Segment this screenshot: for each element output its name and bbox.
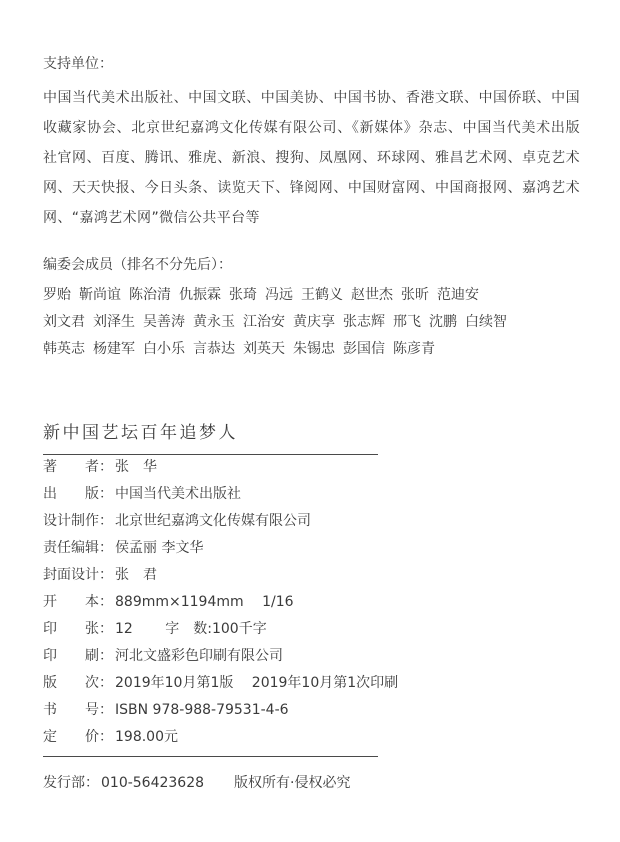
- supporters-heading: 支持单位：: [43, 55, 113, 73]
- book-title-block: 新中国艺坛百年追梦人: [43, 422, 378, 455]
- detail-label: 版 次：: [43, 670, 113, 697]
- copyright-page: 支持单位： 中国当代美术出版社、中国文联、中国美协、中国书协、香港文联、中国侨联…: [0, 0, 620, 842]
- detail-row-design-production: 设计制作： 北京世纪嘉鸿文化传媒有限公司: [43, 508, 580, 535]
- committee-member: 冯远: [265, 282, 293, 309]
- detail-row-printer: 印 刷： 河北文盛彩色印刷有限公司: [43, 643, 580, 670]
- committee-member: 刘泽生: [93, 309, 135, 336]
- committee-member: 黄永玉: [193, 309, 235, 336]
- footer-divider: [43, 756, 378, 757]
- committee-member: 范迪安: [437, 282, 479, 309]
- committee-member: 张志辉: [343, 309, 385, 336]
- detail-label: 印 张：: [43, 616, 113, 643]
- book-title: 新中国艺坛百年追梦人: [43, 422, 378, 444]
- detail-value: 北京世纪嘉鸿文化传媒有限公司: [115, 508, 311, 535]
- distribution-dept-label: 发行部：: [43, 775, 99, 791]
- detail-row-editor: 责任编辑： 侯孟丽 李文华: [43, 535, 580, 562]
- supporters-body: 中国当代美术出版社、中国文联、中国美协、中国书协、香港文联、中国侨联、中国收藏家…: [43, 83, 580, 233]
- detail-value: 2019年10月第1版 2019年10月第1次印刷: [115, 670, 398, 697]
- committee-member: 朱锡忠: [293, 336, 335, 363]
- detail-label: 设计制作：: [43, 508, 113, 535]
- committee-member: 沈鹏: [429, 309, 457, 336]
- committee-member: 张昕: [401, 282, 429, 309]
- committee-member: 黄庆享: [293, 309, 335, 336]
- committee-member: 邢飞: [393, 309, 421, 336]
- committee-member: 靳尚谊: [79, 282, 121, 309]
- committee-row: 韩英志杨建军白小乐言恭达刘英天朱锡忠彭国信陈彦青: [43, 336, 580, 363]
- detail-label: 封面设计：: [43, 562, 113, 589]
- detail-value: 12 字 数:100千字: [115, 616, 267, 643]
- detail-value: 侯孟丽 李文华: [115, 535, 203, 562]
- committee-member: 江治安: [243, 309, 285, 336]
- footer-line: 发行部：010-56423628版权所有·侵权必究: [43, 770, 350, 797]
- detail-value: 张 君: [115, 562, 157, 589]
- detail-label: 著 者：: [43, 454, 113, 481]
- detail-value: 张 华: [115, 454, 157, 481]
- detail-label: 出 版：: [43, 481, 113, 508]
- committee-member: 赵世杰: [351, 282, 393, 309]
- detail-label: 定 价：: [43, 724, 113, 751]
- committee-member: 陈彦青: [393, 336, 435, 363]
- committee-member: 白续智: [465, 309, 507, 336]
- detail-value: 中国当代美术出版社: [115, 481, 241, 508]
- detail-row-format: 开 本： 889mm×1194mm 1/16: [43, 589, 580, 616]
- detail-row-edition: 版 次： 2019年10月第1版 2019年10月第1次印刷: [43, 670, 580, 697]
- distribution-phone: 010-56423628: [101, 775, 204, 791]
- committee-member: 刘文君: [43, 309, 85, 336]
- detail-row-cover-design: 封面设计： 张 君: [43, 562, 580, 589]
- detail-label: 责任编辑：: [43, 535, 113, 562]
- detail-label: 书 号：: [43, 697, 113, 724]
- publication-details: 著 者： 张 华 出 版： 中国当代美术出版社 设计制作： 北京世纪嘉鸿文化传媒…: [43, 454, 580, 751]
- committee-member: 吴善涛: [143, 309, 185, 336]
- detail-value: 河北文盛彩色印刷有限公司: [115, 643, 283, 670]
- committee-row: 罗贻靳尚谊陈治清仇振霖张琦冯远王鹤义赵世杰张昕范迪安: [43, 282, 580, 309]
- committee-member: 王鹤义: [301, 282, 343, 309]
- committee-member: 罗贻: [43, 282, 71, 309]
- committee-member: 仇振霖: [179, 282, 221, 309]
- detail-row-isbn: 书 号： ISBN 978-988-79531-4-6: [43, 697, 580, 724]
- committee-member: 张琦: [229, 282, 257, 309]
- detail-value: 889mm×1194mm 1/16: [115, 589, 294, 616]
- copyright-notice: 版权所有·侵权必究: [234, 775, 350, 791]
- committee-member: 杨建军: [93, 336, 135, 363]
- detail-label: 印 刷：: [43, 643, 113, 670]
- detail-value: 198.00元: [115, 724, 178, 751]
- detail-label: 开 本：: [43, 589, 113, 616]
- committee-member: 韩英志: [43, 336, 85, 363]
- committee-member: 言恭达: [193, 336, 235, 363]
- committee-heading: 编委会成员（排名不分先后）：: [43, 256, 232, 275]
- detail-row-author: 著 者： 张 华: [43, 454, 580, 481]
- committee-member: 白小乐: [143, 336, 185, 363]
- committee-row: 刘文君刘泽生吴善涛黄永玉江治安黄庆享张志辉邢飞沈鹏白续智: [43, 309, 580, 336]
- detail-row-publisher: 出 版： 中国当代美术出版社: [43, 481, 580, 508]
- committee-member: 陈治清: [129, 282, 171, 309]
- detail-row-price: 定 价： 198.00元: [43, 724, 580, 751]
- committee-member: 彭国信: [343, 336, 385, 363]
- detail-row-sheets: 印 张： 12 字 数:100千字: [43, 616, 580, 643]
- committee-member-list: 罗贻靳尚谊陈治清仇振霖张琦冯远王鹤义赵世杰张昕范迪安 刘文君刘泽生吴善涛黄永玉江…: [43, 282, 580, 363]
- committee-member: 刘英天: [243, 336, 285, 363]
- detail-value: ISBN 978-988-79531-4-6: [115, 697, 289, 724]
